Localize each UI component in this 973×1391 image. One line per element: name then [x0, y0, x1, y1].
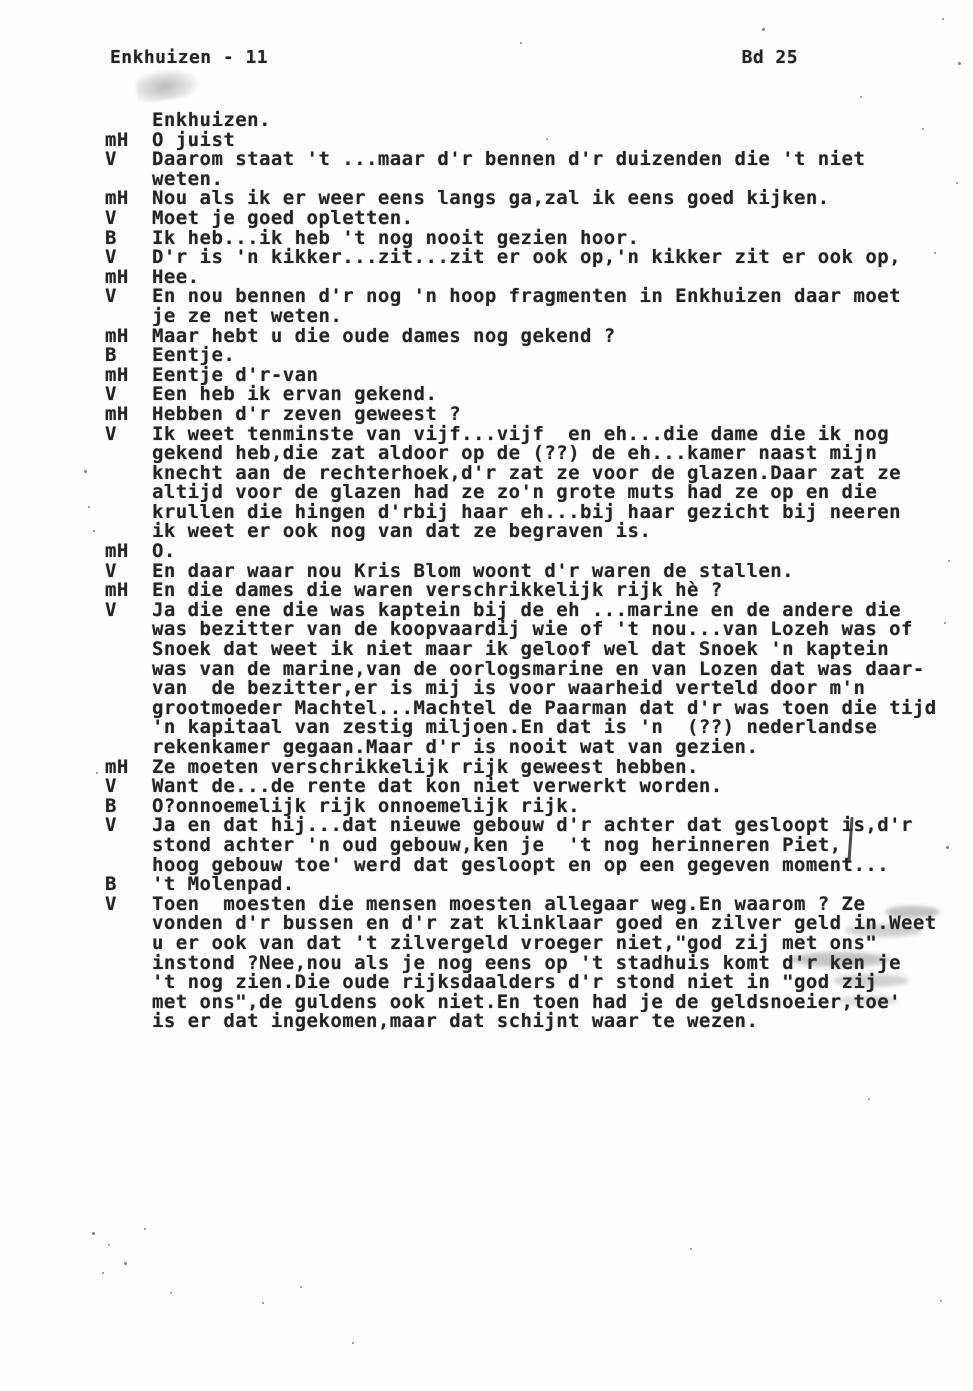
- speaker-label: V: [105, 248, 152, 268]
- page-header: Enkhuizen - 11 Bd 25: [110, 48, 798, 68]
- dialogue-entry: V Want de...de rente dat kon niet verwer…: [105, 777, 973, 797]
- scan-speck: [300, 1286, 302, 1288]
- speaker-label: V: [105, 150, 152, 170]
- speech-line: Moet je goed opletten.: [152, 209, 973, 229]
- scan-speck: [860, 96, 862, 98]
- scan-speck: [944, 622, 946, 624]
- ink-smudge: [833, 974, 909, 987]
- dialogue-entry: V Ja en dat hij...dat nieuwe gebouw d'r …: [105, 816, 973, 875]
- scan-speck: [352, 1342, 354, 1344]
- dialogue-entry: V Daarom staat 't ...maar d'r bennen d'r…: [105, 150, 973, 189]
- dialogue-entry: mH En die dames die waren verschrikkelij…: [105, 581, 973, 601]
- page-header-left: Enkhuizen - 11: [110, 48, 268, 68]
- speech-line: Daarom staat 't ...maar d'r bennen d'r d…: [152, 150, 973, 170]
- scan-speck: [84, 470, 87, 473]
- scan-speck: [92, 1232, 95, 1235]
- speech-text: Maar hebt u die oude dames nog gekend ?: [152, 327, 973, 347]
- speech-line: En nou bennen d'r nog 'n hoop fragmenten…: [152, 287, 973, 307]
- speech-line: rekenkamer gegaan.Maar d'r is nooit wat …: [152, 738, 973, 758]
- speech-line: je ze net weten.: [152, 307, 973, 327]
- page-header-right: Bd 25: [742, 48, 798, 68]
- scan-speck: [762, 28, 765, 31]
- speech-line: Eentje.: [152, 346, 973, 366]
- dialogue-entry: V En nou bennen d'r nog 'n hoop fragment…: [105, 287, 973, 326]
- dialogue-entry: mH Maar hebt u die oude dames nog gekend…: [105, 327, 973, 347]
- dialogue-entry: V Ja die ene die was kaptein bij de eh .…: [105, 601, 973, 758]
- scan-speck: [170, 1292, 172, 1294]
- speech-text: Hebben d'r zeven geweest ?: [152, 405, 973, 425]
- speaker-label: V: [105, 777, 152, 797]
- scan-speck: [934, 252, 936, 254]
- dialogue-entry: B 't Molenpad.: [105, 875, 973, 895]
- scan-speck: [922, 128, 924, 130]
- scan-speck: [96, 772, 98, 774]
- scan-speck: [124, 1262, 127, 1265]
- speech-line: gekend heb,die zat aldoor op de (??) de …: [152, 444, 973, 464]
- speech-text: Ja die ene die was kaptein bij de eh ...…: [152, 601, 973, 758]
- speech-text: Daarom staat 't ...maar d'r bennen d'r d…: [152, 150, 973, 189]
- dialogue-entry: V Een heb ik ervan gekend.: [105, 385, 973, 405]
- speech-text: Een heb ik ervan gekend.: [152, 385, 973, 405]
- speech-line: 't Molenpad.: [152, 875, 973, 895]
- ink-smudge: [845, 924, 923, 937]
- speaker-label: B: [105, 875, 152, 895]
- dialogue-entry: V Ik weet tenminste van vijf...vijf en e…: [105, 425, 973, 543]
- speech-text: 't Molenpad.: [152, 875, 973, 895]
- speech-text: O.: [152, 542, 973, 562]
- document-title: Enkhuizen.: [152, 111, 973, 131]
- ink-smudge: [885, 906, 940, 918]
- speech-text: En nou bennen d'r nog 'n hoop fragmenten…: [152, 287, 973, 326]
- speech-line: En die dames die waren verschrikkelijk r…: [152, 581, 973, 601]
- speaker-label: V: [105, 425, 152, 445]
- scan-speck: [108, 1244, 110, 1246]
- speech-text: En die dames die waren verschrikkelijk r…: [152, 581, 973, 601]
- speech-line: Maar hebt u die oude dames nog gekend ?: [152, 327, 973, 347]
- speech-text: Want de...de rente dat kon niet verwerkt…: [152, 777, 973, 797]
- ink-smudge: [790, 952, 890, 967]
- speech-line: D'r is 'n kikker...zit...zit er ook op,'…: [152, 248, 973, 268]
- speech-line: van de bezitter,er is mij is voor waarhe…: [152, 679, 973, 699]
- scan-speck: [102, 1272, 104, 1274]
- speech-text: D'r is 'n kikker...zit...zit er ook op,'…: [152, 248, 973, 268]
- scan-speck: [520, 42, 522, 44]
- speech-line: is er dat ingekomen,maar dat schijnt waa…: [152, 1012, 973, 1032]
- dialogue-entry: V D'r is 'n kikker...zit...zit er ook op…: [105, 248, 973, 268]
- scan-speck: [144, 1228, 146, 1230]
- speech-text: Ik weet tenminste van vijf...vijf en eh.…: [152, 425, 973, 543]
- speaker-label: B: [105, 346, 152, 366]
- pencil-smudge: [134, 66, 199, 103]
- speaker-label: V: [105, 895, 152, 915]
- dialogue-entry: mH O.: [105, 542, 973, 562]
- scan-speck: [93, 530, 95, 532]
- speech-line: u er ook van dat 't zilvergeld vroeger n…: [152, 934, 973, 954]
- speaker-label: V: [105, 816, 152, 836]
- scan-speck: [942, 18, 944, 20]
- speaker-label: V: [105, 385, 152, 405]
- speaker-label: mH: [105, 542, 152, 562]
- speech-line: Een heb ik ervan gekend.: [152, 385, 973, 405]
- speech-line: altijd voor de glazen had ze zo'n grote …: [152, 483, 973, 503]
- speech-line: Want de...de rente dat kon niet verwerkt…: [152, 777, 973, 797]
- speech-text: Moet je goed opletten.: [152, 209, 973, 229]
- scan-speck: [88, 506, 90, 508]
- dialogue-entry: V Moet je goed opletten.: [105, 209, 973, 229]
- speech-text: Eentje.: [152, 346, 973, 366]
- ink-smudge: [838, 995, 898, 1006]
- scan-speck: [690, 1248, 692, 1250]
- transcript-content: Enkhuizen. mH O juist V Daarom staat 't …: [105, 111, 973, 1032]
- speaker-label: mH: [105, 581, 152, 601]
- scan-speck: [546, 138, 548, 140]
- speech-line: ik weet er ook nog van dat ze begraven i…: [152, 522, 973, 542]
- speaker-label: V: [105, 287, 152, 307]
- scan-speck: [956, 182, 958, 184]
- scan-speck: [948, 560, 950, 562]
- scan-speck: [262, 1302, 264, 1304]
- speech-line: Snoek dat weet ik niet maar ik geloof we…: [152, 640, 973, 660]
- dialogue-transcript: mH O juist V Daarom staat 't ...maar d'r…: [105, 131, 973, 1032]
- speaker-label: V: [105, 209, 152, 229]
- speech-line: Hebben d'r zeven geweest ?: [152, 405, 973, 425]
- speech-line: O.: [152, 542, 973, 562]
- scan-speck: [868, 1098, 870, 1100]
- scan-speck: [958, 62, 961, 65]
- speaker-label: mH: [105, 405, 152, 425]
- scan-speck: [946, 846, 949, 849]
- dialogue-entry: mH Hebben d'r zeven geweest ?: [105, 405, 973, 425]
- speaker-label: V: [105, 601, 152, 621]
- dialogue-entry: B Eentje.: [105, 346, 973, 366]
- scan-speck: [940, 1300, 942, 1302]
- scanned-page: Enkhuizen - 11 Bd 25 Enkhuizen. mH O jui…: [0, 0, 973, 1391]
